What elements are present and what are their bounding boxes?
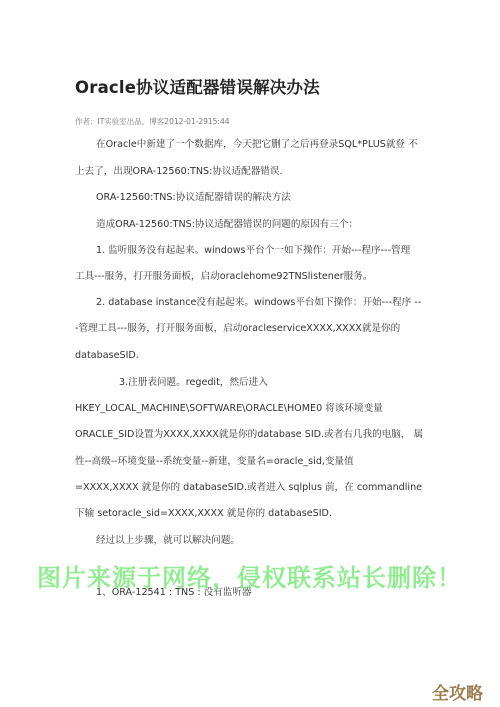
- site-logo: 全攻略: [432, 679, 483, 704]
- paragraph-line: 在Oracle中新建了一个数据库，今天把它删了之后再登录SQL*PLUS就登 不: [96, 139, 418, 151]
- paragraph-line: 2. database instance没有起起来。windows平台如下操作：…: [96, 297, 421, 309]
- paragraph-line: =XXXX,XXXX 就是你的 databaseSID.或者进入 sqlplus…: [75, 482, 422, 494]
- paragraph-line: 性--高级--环境变量--系统变量--新建，变量名=oracle_sid,变量值: [75, 456, 354, 468]
- paragraph-line: 工具---服务，打开服务面板，启动oraclehome92TNSlistener…: [75, 271, 372, 283]
- document-title: Oracle协议适配器错误解决办法: [75, 74, 320, 98]
- paragraph-line: -管理工具---服务，打开服务面板，启动oracleserviceXXXX,XX…: [75, 323, 400, 335]
- paragraph-line: 经过以上步骤，就可以解决问题。: [96, 535, 240, 547]
- paragraph-line: 上去了，出现ORA-12560:TNS:协议适配器错误.: [75, 166, 283, 178]
- paragraph-line: 1. 监听服务没有起起来。windows平台个一如下操作：开始---程序---管…: [96, 245, 410, 257]
- paragraph-line: 造成ORA-12560:TNS:协议适配器错误的问题的原因有三个：: [96, 219, 358, 231]
- paragraph-line: 3.注册表问题。regedit，然后进入: [119, 377, 268, 389]
- paragraph-line: ORA-12560:TNS:协议适配器错误的解决方法: [96, 192, 291, 204]
- author-meta: 作者：IT实验室出品，博客2012-01-2915:44: [75, 116, 230, 127]
- paragraph-line: databaseSID.: [75, 350, 139, 362]
- paragraph-line: 下输 setoracle_sid=XXXX,XXXX 就是你的 database…: [75, 508, 332, 520]
- paragraph-line: ORACLE_SID设置为XXXX,XXXX就是你的database SID.或…: [75, 429, 423, 441]
- source-watermark: 图片来源于网络，侵权联系站长删除！: [37, 558, 462, 593]
- paragraph-line: HKEY_LOCAL_MACHINE\SOFTWARE\ORACLE\HOME0…: [75, 403, 383, 415]
